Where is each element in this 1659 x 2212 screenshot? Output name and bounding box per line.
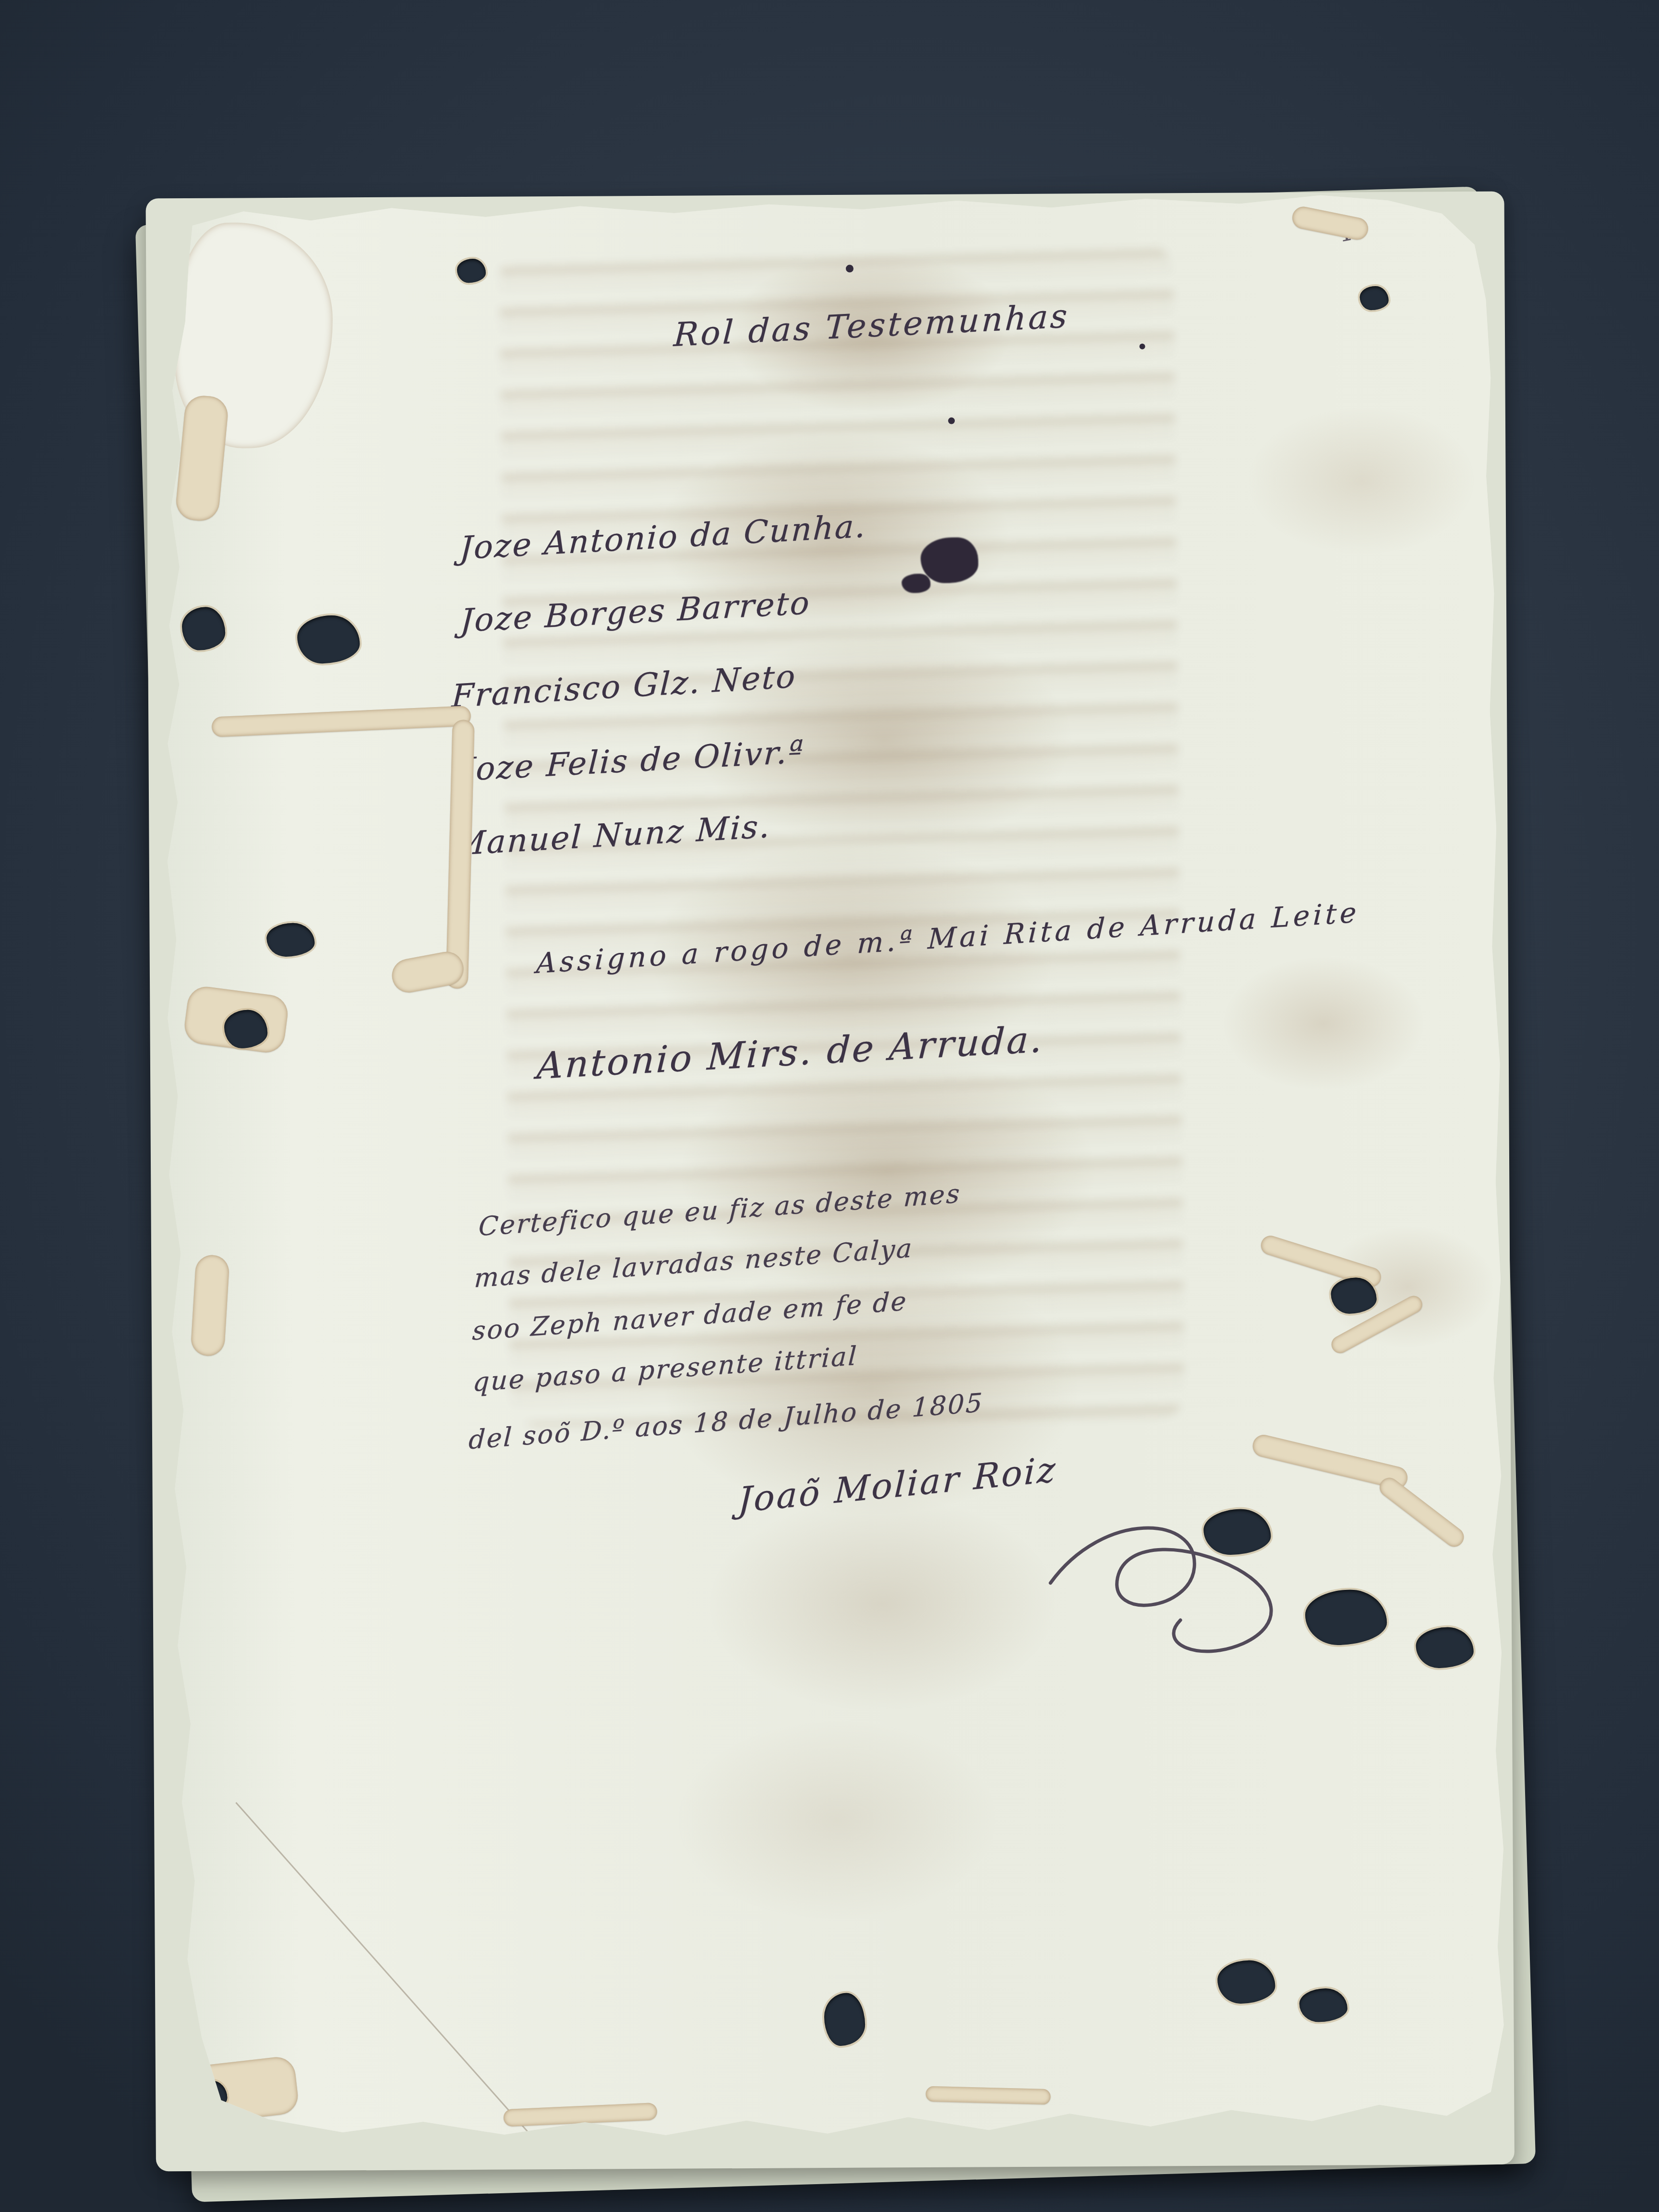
worm-scar	[926, 2086, 1051, 2105]
worm-scar	[446, 720, 475, 989]
worm-hole	[182, 607, 226, 650]
ink-speck	[948, 417, 955, 424]
ink-blot	[902, 574, 930, 593]
worm-hole	[266, 923, 315, 957]
worm-scar	[1376, 1474, 1467, 1551]
ink-speck	[846, 264, 854, 272]
worm-scar	[175, 394, 229, 522]
ink-blot	[920, 537, 978, 583]
worm-scar	[211, 706, 471, 737]
worm-hole	[1217, 1960, 1275, 2004]
paper-stack: 1. Rol das Testemunhas Joze Antonio da C…	[149, 182, 1514, 2156]
worm-hole	[1299, 1988, 1347, 2022]
worm-hole	[1203, 1509, 1271, 1555]
ink-speck	[1140, 344, 1145, 349]
worm-hole	[457, 259, 486, 283]
worm-scar	[190, 1254, 230, 1357]
worm-hole	[224, 1010, 268, 1048]
clerk-signature: Joaõ Moliar Roiz	[737, 1449, 1058, 1520]
worm-hole	[824, 1993, 865, 2046]
worm-hole	[1416, 1627, 1474, 1668]
worm-hole	[297, 615, 360, 663]
manuscript-page: 1. Rol das Testemunhas Joze Antonio da C…	[149, 182, 1514, 2156]
worm-hole	[1359, 286, 1388, 311]
photograph-background: 1. Rol das Testemunhas Joze Antonio da C…	[0, 0, 1659, 2212]
worm-hole	[1331, 1277, 1377, 1314]
worm-hole	[1305, 1589, 1387, 1646]
worm-scar	[1290, 205, 1370, 242]
